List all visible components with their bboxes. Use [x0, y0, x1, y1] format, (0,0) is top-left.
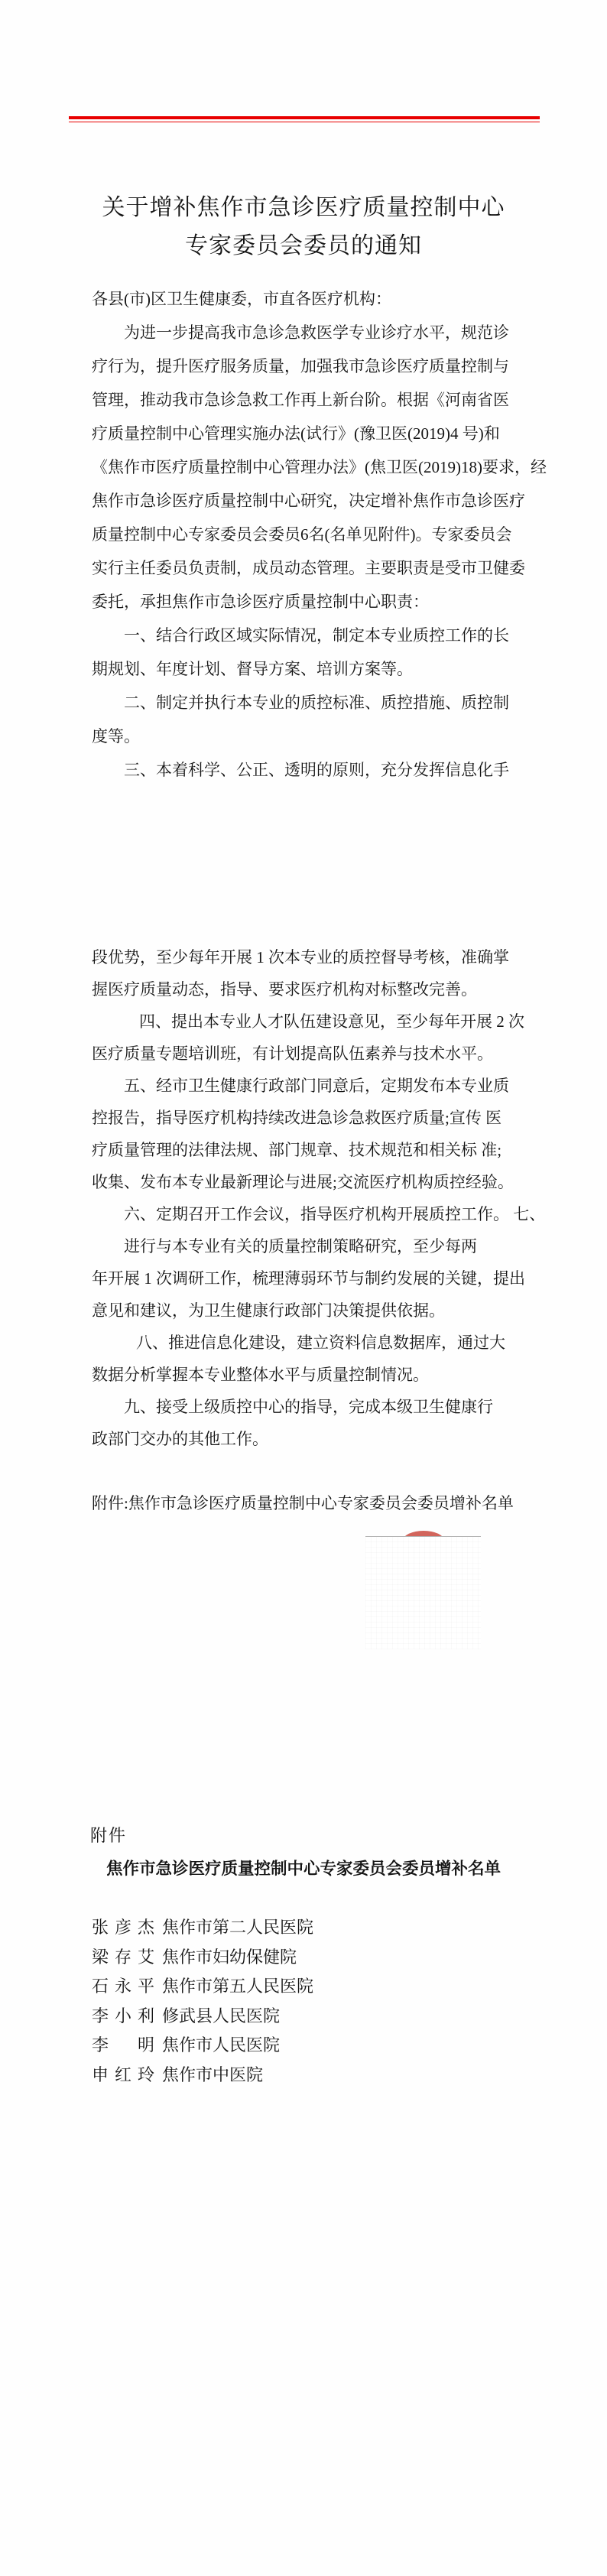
text-line: 数据分析掌握本专业整体水平与质量控制情况。 — [92, 1359, 520, 1391]
member-hospital: 焦作市第二人民医院 — [162, 1913, 313, 1943]
text-line: 政部门交办的其他工作。 — [92, 1423, 520, 1455]
body-page2: 段优势，至少每年开展 1 次本专业的质控督导考核，准确掌握医疗质量动态，指导、要… — [92, 941, 520, 1455]
member-hospital: 焦作市第五人民医院 — [162, 1972, 313, 2002]
text-line: 为进一步提高我市急诊急救医学专业诊疗水平，规范诊 — [92, 316, 520, 349]
member-row: 李 明焦作市人民医院 — [92, 2031, 313, 2061]
text-line: 九、接受上级质控中心的指导，完成本级卫生健康行 — [92, 1391, 520, 1423]
text-line: 疗质量控制中心管理实施办法(试行》(豫卫医(2019)4 号)和 — [92, 417, 520, 450]
document-title: 关于增补焦作市急诊医疗质量控制中心 专家委员会委员的通知 — [0, 189, 607, 265]
text-line: 疗行为，提升医疗服务质量，加强我市急诊医疗质量控制与 — [92, 349, 520, 383]
text-line: 六、定期召开工作会议，指导医疗机构开展质控工作。 七、 — [92, 1198, 520, 1230]
member-hospital: 修武县人民医院 — [162, 2002, 280, 2032]
member-row: 申红玲焦作市中医院 — [92, 2061, 313, 2090]
text-line: 质量控制中心专家委员会委员6名(名单见附件)。专家委员会 — [92, 518, 520, 551]
member-name: 李 明 — [92, 2031, 162, 2061]
text-line: 收集、发布本专业最新理论与进展;交流医疗机构质控经验。 — [92, 1166, 520, 1198]
text-line: 委托，承担焦作市急诊医疗质量控制中心职责： — [92, 585, 520, 619]
text-line: 《焦作市医疗质量控制中心管理办法》(焦卫医(2019)18)要求，经 — [92, 450, 520, 484]
text-line: 一、结合行政区域实际情况，制定本专业质控工作的长 — [92, 619, 520, 652]
text-line: 医疗质量专题培训班，有计划提高队伍素养与技术水平。 — [92, 1038, 520, 1070]
body-page1: 各县(市)区卫生健康委，市直各医疗机构：为进一步提高我市急诊急救医学专业诊疗水平… — [92, 282, 520, 787]
text-line: 五、经市卫生健康行政部门同意后，定期发布本专业质 — [92, 1070, 520, 1102]
attachment-title: 焦作市急诊医疗质量控制中心专家委员会委员增补名单 — [0, 1856, 607, 1879]
member-name: 申红玲 — [92, 2061, 162, 2090]
text-line: 八、推进信息化建设，建立资料信息数据库，通过大 — [92, 1327, 520, 1359]
text-line: 握医疗质量动态，指导、要求医疗机构对标整改完善。 — [92, 973, 520, 1005]
text-line: 三、本着科学、公正、透明的原则，充分发挥信息化手 — [92, 753, 520, 787]
seal-cover-block — [365, 1536, 481, 1649]
red-header-rule — [69, 116, 540, 122]
text-line: 控报告，指导医疗机构持续改进急诊急救医疗质量;宣传 医 — [92, 1102, 520, 1134]
document-page: 关于增补焦作市急诊医疗质量控制中心 专家委员会委员的通知 各县(市)区卫生健康委… — [0, 0, 607, 2576]
text-line: 进行与本专业有关的质量控制策略研究，至少每两 — [92, 1230, 520, 1262]
text-line: 疗质量管理的法律法规、部门规章、技术规范和相关标 准; — [92, 1134, 520, 1166]
member-name: 李小利 — [92, 2002, 162, 2032]
text-line: 二、制定并执行本专业的质控标准、质控措施、质控制 — [92, 686, 520, 720]
title-line-2: 专家委员会委员的通知 — [0, 227, 607, 265]
text-line: 焦作市急诊医疗质量控制中心研究，决定增补焦作市急诊医疗 — [92, 484, 520, 518]
member-row: 李小利修武县人民医院 — [92, 2002, 313, 2032]
text-line: 年开展 1 次调研工作，梳理薄弱环节与制约发展的关键，提出 — [92, 1262, 520, 1294]
title-line-1: 关于增补焦作市急诊医疗质量控制中心 — [0, 189, 607, 227]
seal-image — [365, 1525, 481, 1649]
text-line: 四、提出本专业人才队伍建设意见，至少每年开展 2 次 — [92, 1005, 520, 1038]
member-name: 梁存艾 — [92, 1943, 162, 1973]
member-hospital: 焦作市中医院 — [162, 2061, 263, 2090]
member-hospital: 焦作市妇幼保健院 — [162, 1943, 297, 1973]
text-line: 期规划、年度计划、督导方案、培训方案等。 — [92, 652, 520, 686]
attachment-reference-line: 附件:焦作市急诊医疗质量控制中心专家委员会委员增补名单 — [92, 1491, 514, 1514]
attachment-label: 附件 — [90, 1823, 127, 1847]
member-row: 张彦杰焦作市第二人民医院 — [92, 1913, 313, 1943]
text-line: 管理，推动我市急诊急救工作再上新台阶。根据《河南省医 — [92, 383, 520, 417]
member-hospital: 焦作市人民医院 — [162, 2031, 280, 2061]
text-line: 段优势，至少每年开展 1 次本专业的质控督导考核，准确掌 — [92, 941, 520, 973]
member-row: 梁存艾焦作市妇幼保健院 — [92, 1943, 313, 1973]
member-name: 张彦杰 — [92, 1913, 162, 1943]
text-line: 度等。 — [92, 720, 520, 753]
text-line: 意见和建议，为卫生健康行政部门决策提供依据。 — [92, 1294, 520, 1327]
text-line: 实行主任委员负责制，成员动态管理。主要职责是受市卫健委 — [92, 551, 520, 585]
member-name: 石永平 — [92, 1972, 162, 2002]
text-line: 各县(市)区卫生健康委，市直各医疗机构： — [92, 282, 520, 316]
member-list: 张彦杰焦作市第二人民医院梁存艾焦作市妇幼保健院石永平焦作市第五人民医院李小利修武… — [92, 1913, 313, 2090]
member-row: 石永平焦作市第五人民医院 — [92, 1972, 313, 2002]
